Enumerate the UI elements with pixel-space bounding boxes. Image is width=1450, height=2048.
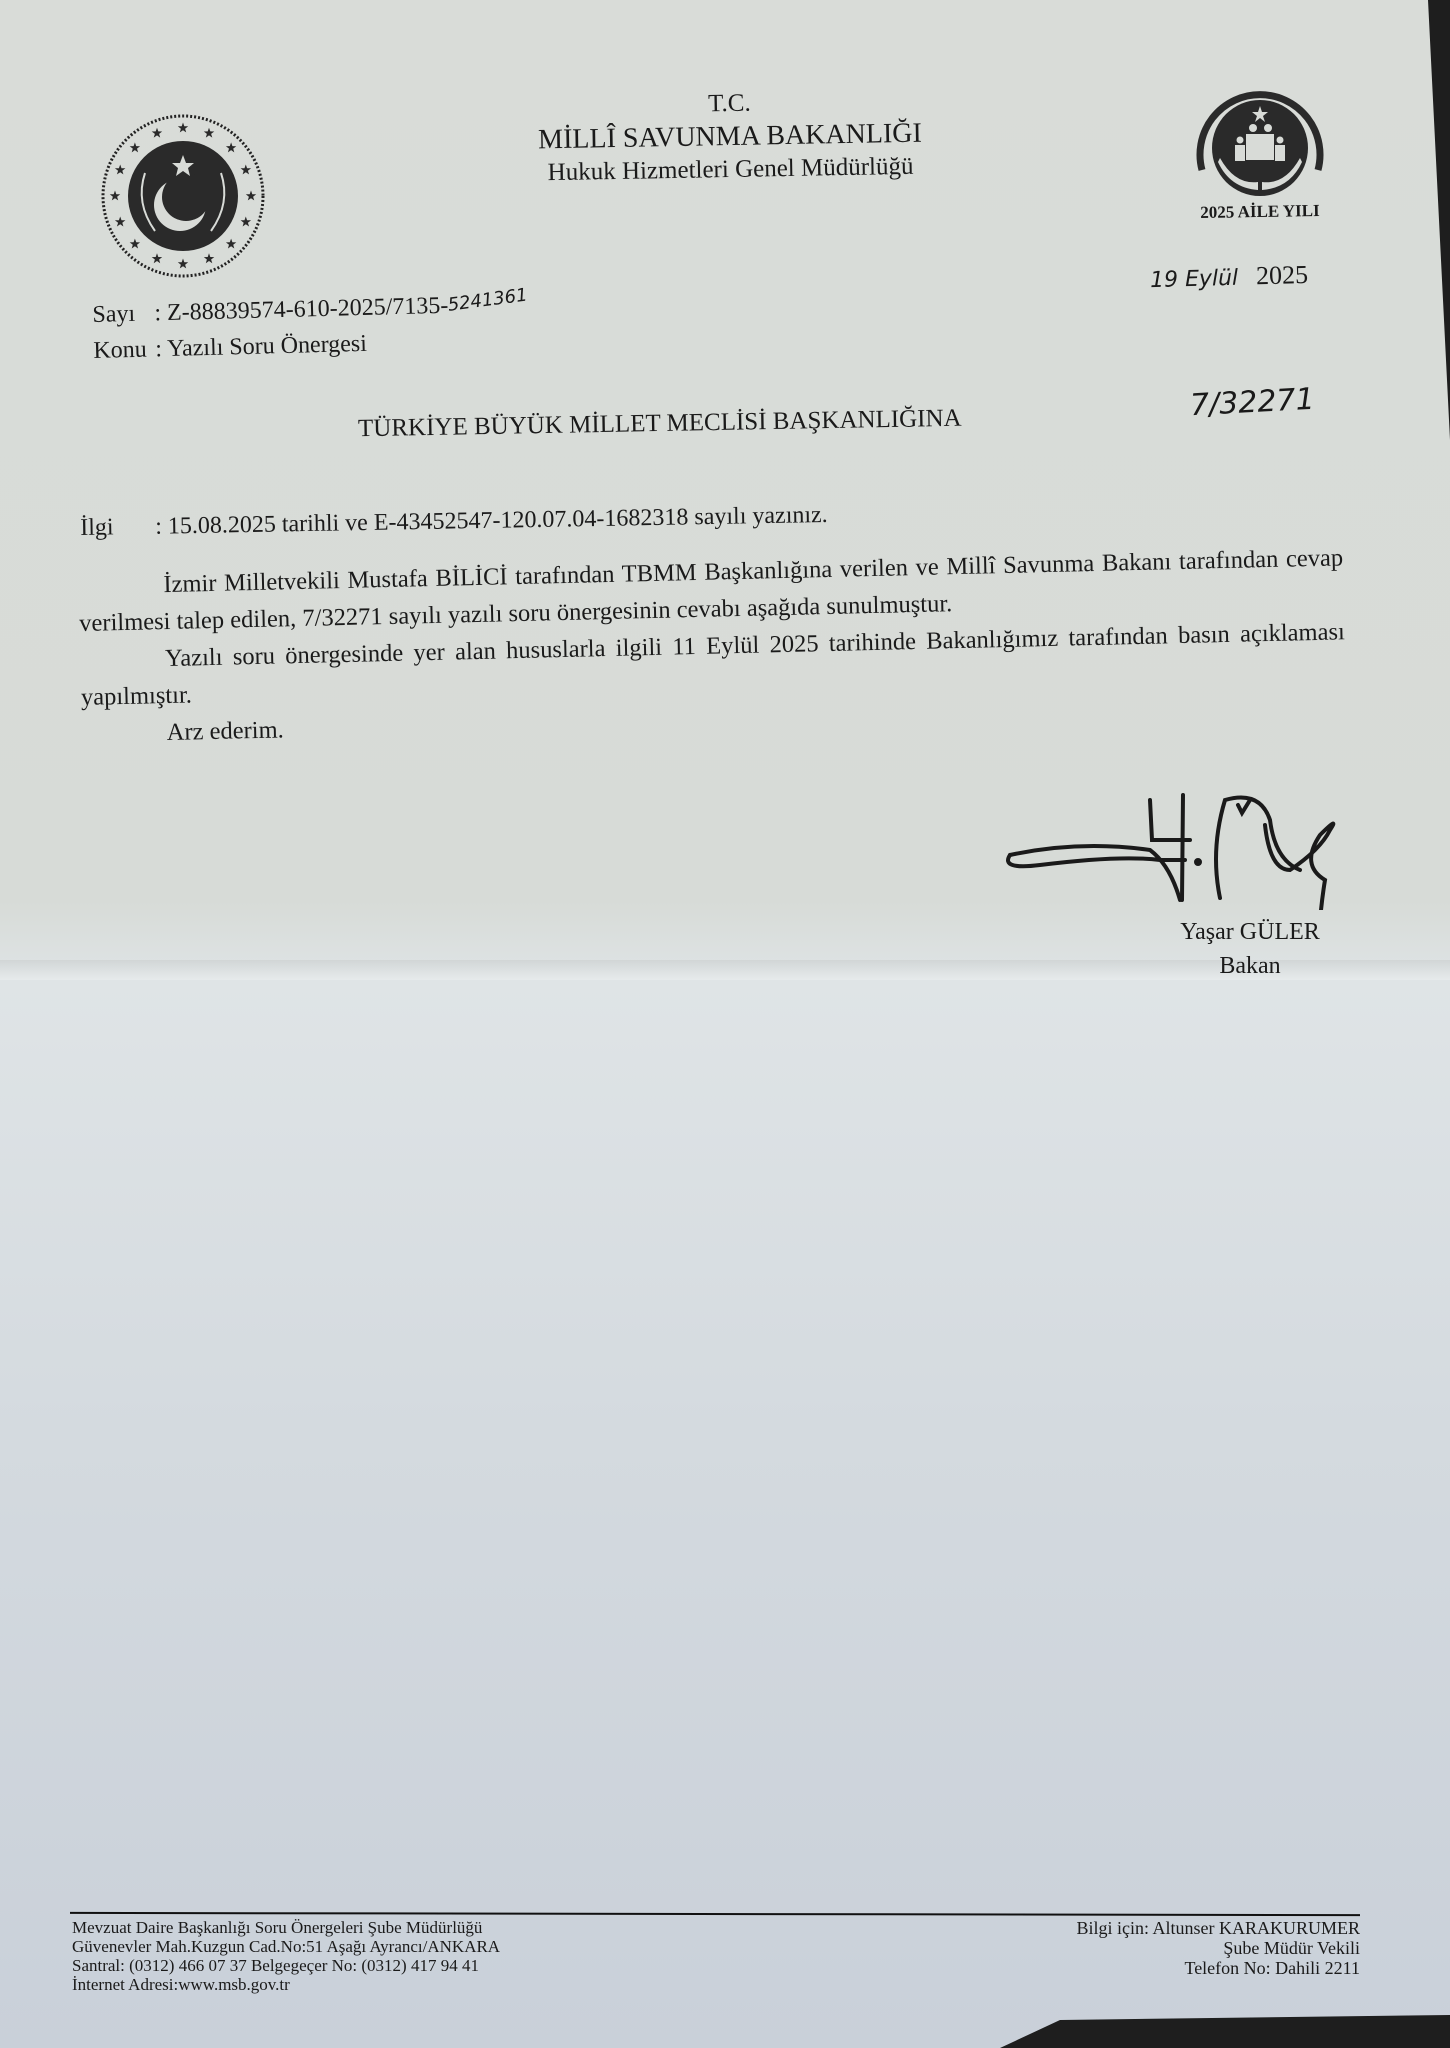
signer-title: Bakan	[1150, 949, 1350, 983]
document-meta: Sayı: Z-88839574-610-2025/7135-5241361 K…	[92, 287, 530, 368]
family-year-caption: 2025 AİLE YILI	[1185, 201, 1335, 224]
ilgi-label: İlgi	[80, 514, 155, 542]
konu-value: : Yazılı Soru Önergesi	[155, 331, 367, 363]
handwritten-date: 19 Eylül	[1150, 266, 1239, 293]
document-date: 19 Eylül2025	[1150, 260, 1309, 294]
department-name: Hukuk Hizmetleri Genel Müdürlüğü	[520, 150, 940, 189]
sayi-value: : Z-88839574-610-2025/7135-	[154, 293, 449, 327]
footer-line: Mevzuat Daire Başkanlığı Soru Önergeleri…	[72, 1918, 500, 1937]
date-year: 2025	[1256, 260, 1309, 290]
footer-line: Santral: (0312) 466 07 37 Belgegeçer No:…	[72, 1956, 500, 1975]
addressee: TÜRKİYE BÜYÜK MİLLET MECLİSİ BAŞKANLIĞIN…	[358, 405, 962, 444]
handwritten-reference: 7/32271	[1189, 382, 1315, 423]
footer-divider	[70, 1912, 1360, 1916]
signer-block: Yaşar GÜLER Bakan	[1150, 915, 1350, 983]
signer-name: Yaşar GÜLER	[1150, 915, 1350, 949]
letter-body: İzmir Milletvekili Mustafa BİLİCİ tarafı…	[78, 539, 1347, 753]
handwritten-signature-icon	[1000, 780, 1340, 910]
footer-line: Telefon No: Dahili 2211	[980, 1958, 1360, 1978]
family-hands-logo-icon	[1180, 70, 1340, 200]
ilgi-row: İlgi: 15.08.2025 tarihli ve E-43452547-1…	[80, 502, 828, 542]
letterhead: T.C. MİLLÎ SAVUNMA BAKANLIĞI Hukuk Hizme…	[519, 84, 941, 189]
sayi-handwritten: 5241361	[446, 279, 530, 323]
document-page: T.C. MİLLÎ SAVUNMA BAKANLIĞI Hukuk Hizme…	[0, 0, 1450, 2048]
footer-line: Güvenevler Mah.Kuzgun Cad.No:51 Aşağı Ay…	[72, 1937, 500, 1956]
star-crescent-emblem-icon	[100, 113, 266, 279]
sayi-label: Sayı	[92, 296, 155, 332]
footer-line: Bilgi için: Altunser KARAKURUMER	[980, 1918, 1360, 1938]
footer-contact: Bilgi için: Altunser KARAKURUMER Şube Mü…	[980, 1918, 1360, 1978]
footer-address: Mevzuat Daire Başkanlığı Soru Önergeleri…	[72, 1918, 500, 1994]
konu-label: Konu	[93, 332, 156, 368]
footer-line: İnternet Adresi:www.msb.gov.tr	[72, 1975, 500, 1994]
footer-line: Şube Müdür Vekili	[980, 1938, 1360, 1958]
ilgi-value: : 15.08.2025 tarihli ve E-43452547-120.0…	[155, 502, 828, 540]
